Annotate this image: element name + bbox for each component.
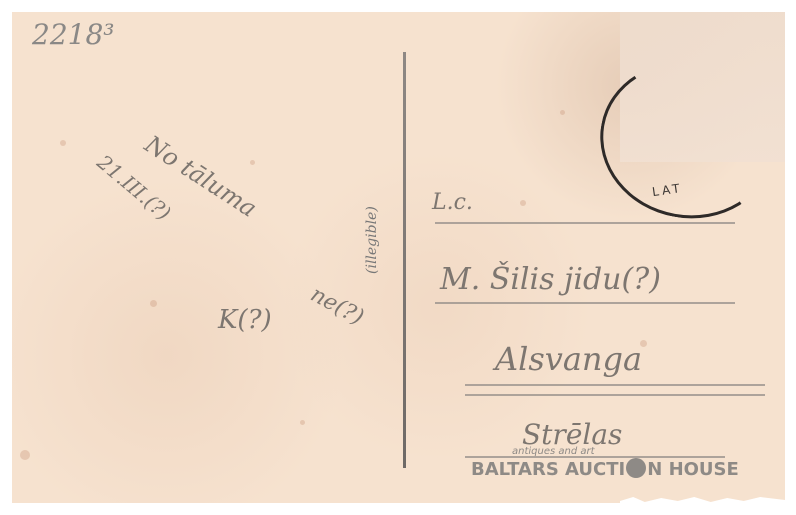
paper-speck [520, 200, 526, 206]
address-name: M. Šilis jidu(?) [440, 262, 661, 297]
address-line [435, 302, 735, 304]
message-signature: K(?) [218, 305, 272, 335]
watermark-brand: BALTARS AUCTIN HOUSE [471, 458, 739, 480]
paper-speck [250, 160, 255, 165]
paper-speck [60, 140, 66, 146]
paper-speck [300, 420, 305, 425]
inventory-number: 2218³ [32, 18, 114, 51]
address-line [435, 222, 735, 224]
watermark-tagline: antiques and art [512, 446, 595, 457]
address-line [465, 384, 765, 386]
watermark-brand-part-2: N HOUSE [647, 459, 739, 480]
divider-mark: (illegible) [364, 256, 434, 274]
crown-logo-icon [626, 458, 646, 478]
paper-speck [560, 110, 565, 115]
paper-speck [20, 450, 30, 460]
address-place: Alsvanga [495, 340, 642, 378]
paper-speck [150, 300, 157, 307]
address-prefix: L.c. [432, 190, 473, 215]
address-line [465, 394, 765, 396]
watermark-brand-part-1: BALTARS AUCTI [471, 459, 625, 480]
